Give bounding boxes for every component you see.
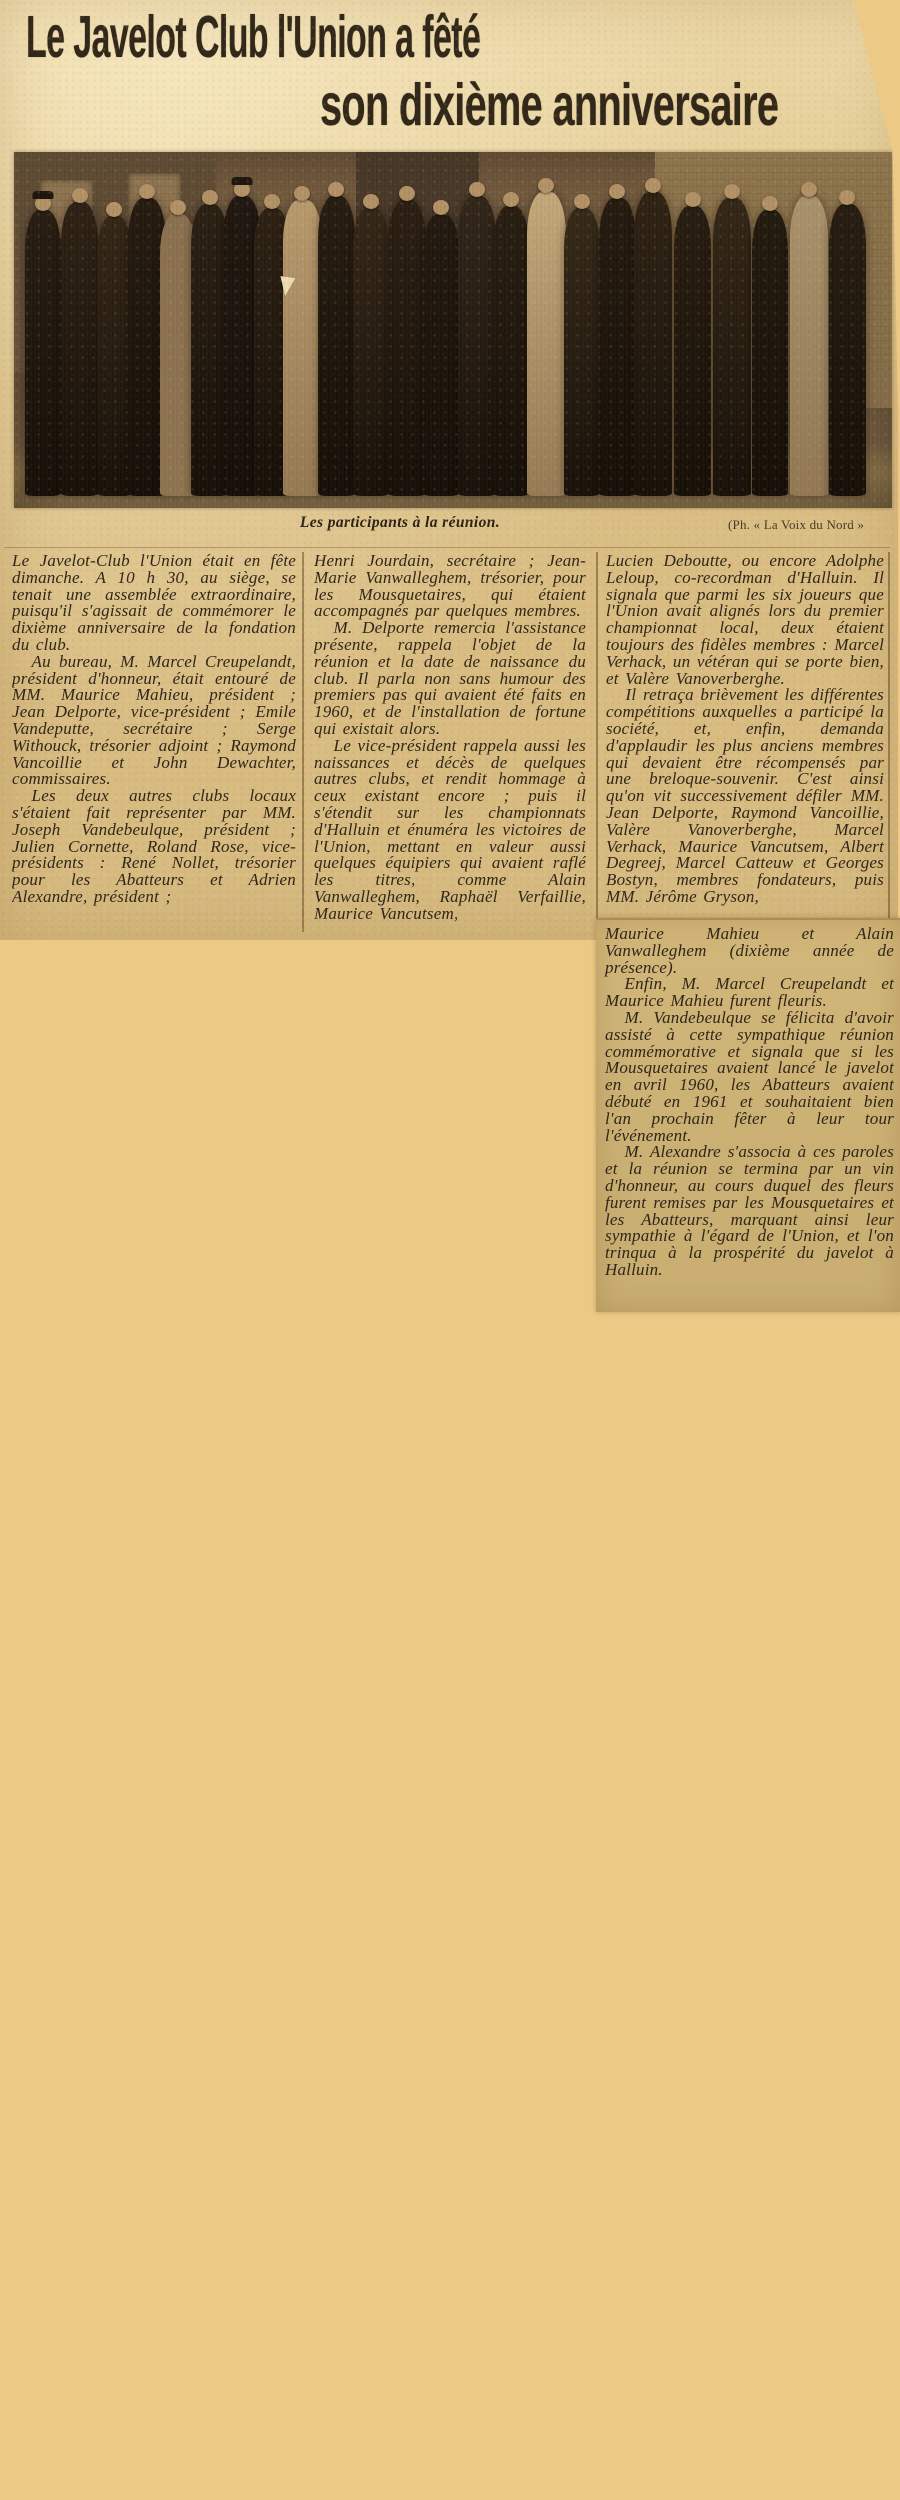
- paragraph: Les deux autres clubs locaux s'étaient f…: [12, 788, 296, 906]
- headline-line-1: Le Javelot Club l'Union a fêté: [26, 8, 480, 67]
- photo-person-silhouette: [752, 210, 788, 496]
- photo-person-silhouette: [599, 198, 636, 496]
- photo-person-silhouette: [160, 214, 196, 496]
- photo-caption: Les participants à la réunion.: [120, 514, 680, 532]
- column-rule: [596, 552, 598, 932]
- photo-person-silhouette: [713, 198, 751, 496]
- newspaper-clipping-main: Le Javelot Club l'Union a fêté son dixiè…: [0, 0, 898, 940]
- photo-person-silhouette: [353, 208, 389, 496]
- photo-person-silhouette: [97, 216, 132, 496]
- photo-person-silhouette: [458, 196, 496, 496]
- paragraph: M. Vandebeulque se félicita d'avoir assi…: [605, 1010, 894, 1144]
- column-rule: [888, 552, 890, 932]
- scanned-newspaper-page: Le Javelot Club l'Union a fêté son dixiè…: [0, 0, 900, 2500]
- paragraph: Lucien Deboutte, ou encore Adolphe Lelou…: [606, 553, 884, 687]
- photo-person-silhouette: [61, 202, 98, 496]
- paragraph: Henri Jourdain, secrétaire ; Jean-Marie …: [314, 553, 586, 620]
- group-photo: [14, 152, 892, 508]
- photo-person-silhouette: [829, 204, 866, 496]
- photo-person-silhouette: [423, 214, 459, 496]
- photo-person-silhouette: [634, 192, 672, 496]
- photo-person-silhouette: [527, 192, 566, 496]
- paragraph: Le vice-président rappela aussi les nais…: [314, 738, 586, 923]
- clipping-seam: [4, 547, 890, 548]
- paragraph: Il retraça brièvement les différentes co…: [606, 687, 884, 905]
- paragraph: Maurice Mahieu et Alain Vanwalleghem (di…: [605, 926, 894, 976]
- paragraph: Enfin, M. Marcel Creupelandt et Maurice …: [605, 976, 894, 1010]
- headline-line-2: son dixième anniversaire: [320, 76, 778, 135]
- photo-person-silhouette: [674, 206, 711, 496]
- photo-person-silhouette: [790, 196, 828, 496]
- column-rule: [302, 552, 304, 932]
- paragraph: M. Delporte remercia l'assistance présen…: [314, 620, 586, 738]
- photo-person-silhouette: [564, 208, 600, 496]
- photo-person-silhouette: [318, 196, 355, 496]
- photo-credit: (Ph. « La Voix du Nord »: [728, 517, 898, 533]
- photo-person-silhouette: [493, 206, 529, 496]
- paragraph: Le Javelot-Club l'Union était en fête di…: [12, 553, 296, 654]
- paragraph: M. Alexandre s'associa à ces paroles et …: [605, 1144, 894, 1278]
- paragraph: Au bureau, M. Marcel Creupelandt, présid…: [12, 654, 296, 788]
- text-column-3: Lucien Deboutte, ou encore Adolphe Lelou…: [606, 553, 884, 934]
- photo-person-silhouette: [25, 210, 61, 496]
- newspaper-clipping-continuation: Maurice Mahieu et Alain Vanwalleghem (di…: [596, 918, 900, 1312]
- text-column-1: Le Javelot-Club l'Union était en fête di…: [12, 553, 296, 934]
- text-column-2: Henri Jourdain, secrétaire ; Jean-Marie …: [314, 553, 586, 934]
- photo-person-silhouette: [388, 200, 426, 496]
- photo-person-silhouette: [283, 200, 322, 496]
